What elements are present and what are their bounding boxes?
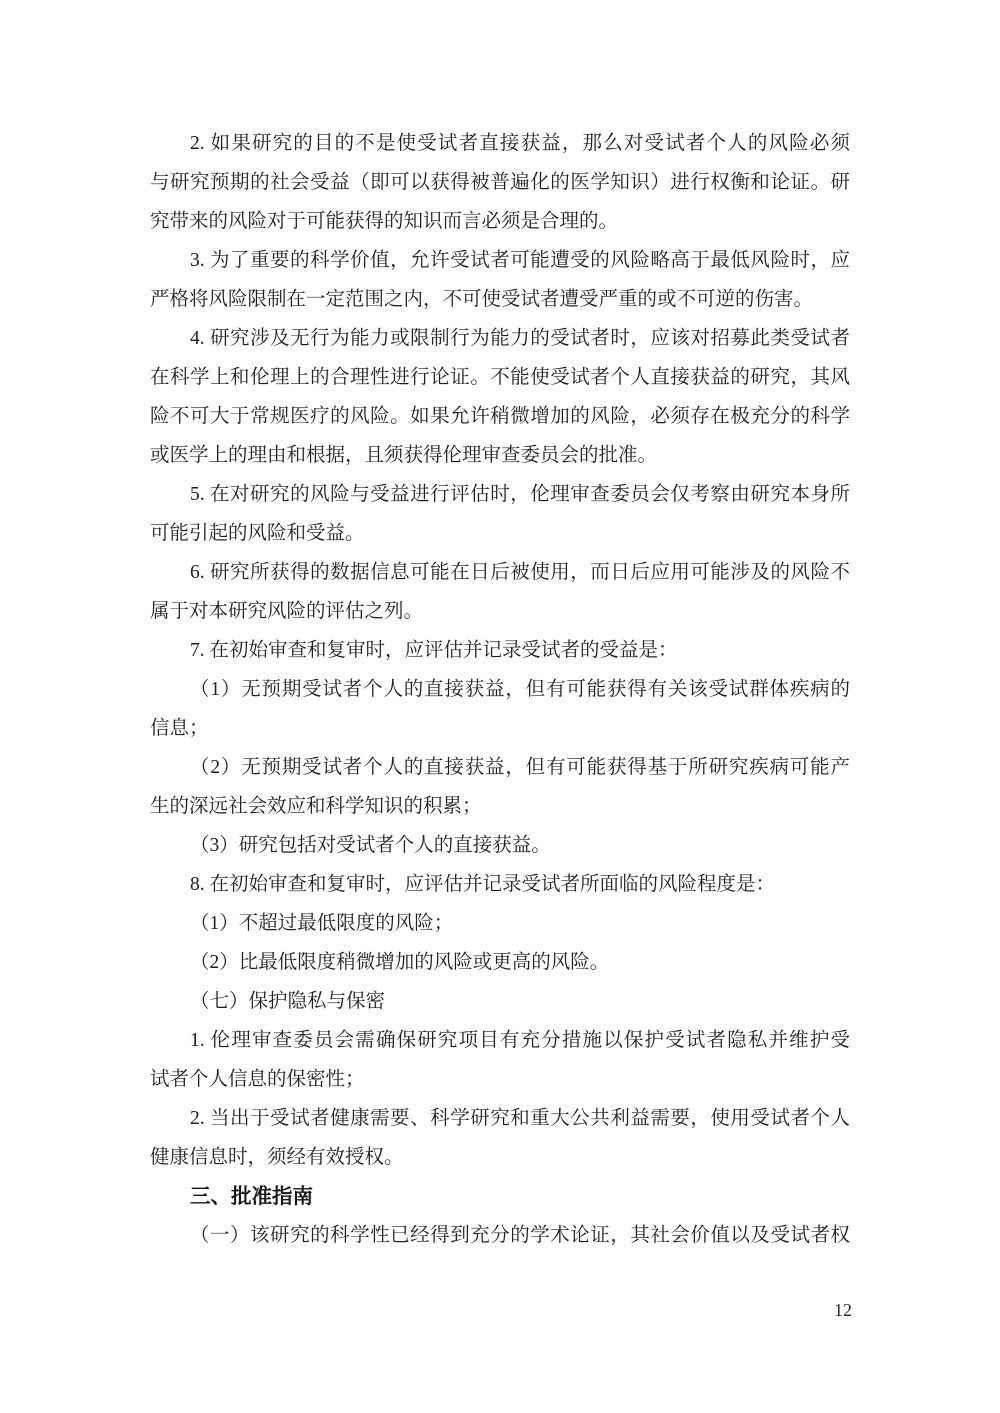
- document-page: 2. 如果研究的目的不是使受试者直接获益，那么对受试者个人的风险必须与研究预期的…: [0, 0, 1000, 1413]
- paragraph-benefit-3: （3）研究包括对受试者个人的直接获益。: [150, 826, 850, 865]
- text-line: 5. 在对研究的风险与受益进行评估时，伦理审查委员会仅考察由研究本身所: [150, 475, 850, 514]
- text-line: 6. 研究所获得的数据信息可能在日后被使用，而日后应用可能涉及的风险不: [150, 553, 850, 592]
- text-line: 2. 如果研究的目的不是使受试者直接获益，那么对受试者个人的风险必须: [150, 124, 850, 163]
- text-line: （1）不超过最低限度的风险；: [150, 904, 850, 943]
- text-line: 4. 研究涉及无行为能力或限制行为能力的受试者时，应该对招募此类受试者: [150, 319, 850, 358]
- text-line: 严格将风险限制在一定范围之内，不可使受试者遭受严重的或不可逆的伤害。: [150, 280, 850, 319]
- paragraph-benefit-2: （2）无预期受试者个人的直接获益，但有可能获得基于所研究疾病可能产生的深远社会效…: [150, 748, 850, 826]
- paragraph-risk-1: （1）不超过最低限度的风险；: [150, 904, 850, 943]
- text-line: 信息；: [150, 709, 850, 748]
- text-line: 三、批准指南: [150, 1177, 850, 1216]
- text-line: 试者个人信息的保密性；: [150, 1060, 850, 1099]
- text-line: 属于对本研究风险的评估之列。: [150, 592, 850, 631]
- paragraph-item-5: 5. 在对研究的风险与受益进行评估时，伦理审查委员会仅考察由研究本身所可能引起的…: [150, 475, 850, 553]
- text-line: 与研究预期的社会受益（即可以获得被普遍化的医学知识）进行权衡和论证。研: [150, 163, 850, 202]
- text-line: 8. 在初始审查和复审时，应评估并记录受试者所面临的风险程度是：: [150, 865, 850, 904]
- paragraph-benefit-1: （1）无预期受试者个人的直接获益，但有可能获得有关该受试群体疾病的信息；: [150, 670, 850, 748]
- heading-approval-guide: 三、批准指南: [150, 1177, 850, 1216]
- paragraph-item-8: 8. 在初始审查和复审时，应评估并记录受试者所面临的风险程度是：: [150, 865, 850, 904]
- text-line: （一）该研究的科学性已经得到充分的学术论证，其社会价值以及受试者权: [150, 1216, 850, 1255]
- paragraph-privacy-2: 2. 当出于受试者健康需要、科学研究和重大公共利益需要，使用受试者个人健康信息时…: [150, 1099, 850, 1177]
- text-line: 险不可大于常规医疗的风险。如果允许稍微增加的风险，必须存在极充分的科学: [150, 397, 850, 436]
- text-line: （2）比最低限度稍微增加的风险或更高的风险。: [150, 943, 850, 982]
- text-line: 生的深远社会效应和科学知识的积累；: [150, 787, 850, 826]
- text-line: （1）无预期受试者个人的直接获益，但有可能获得有关该受试群体疾病的: [150, 670, 850, 709]
- paragraph-item-4: 4. 研究涉及无行为能力或限制行为能力的受试者时，应该对招募此类受试者在科学上和…: [150, 319, 850, 475]
- text-line: 2. 当出于受试者健康需要、科学研究和重大公共利益需要，使用受试者个人: [150, 1099, 850, 1138]
- text-line: 可能引起的风险和受益。: [150, 514, 850, 553]
- text-line: （2）无预期受试者个人的直接获益，但有可能获得基于所研究疾病可能产: [150, 748, 850, 787]
- text-line: 1. 伦理审查委员会需确保研究项目有充分措施以保护受试者隐私并维护受: [150, 1021, 850, 1060]
- paragraph-item-6: 6. 研究所获得的数据信息可能在日后被使用，而日后应用可能涉及的风险不属于对本研…: [150, 553, 850, 631]
- paragraph-section-7-privacy: （七）保护隐私与保密: [150, 982, 850, 1021]
- text-line: 健康信息时，须经有效授权。: [150, 1138, 850, 1177]
- text-line: （七）保护隐私与保密: [150, 982, 850, 1021]
- page-body-text: 2. 如果研究的目的不是使受试者直接获益，那么对受试者个人的风险必须与研究预期的…: [150, 124, 850, 1255]
- text-line: 3. 为了重要的科学价值，允许受试者可能遭受的风险略高于最低风险时，应: [150, 241, 850, 280]
- paragraph-item-7: 7. 在初始审查和复审时，应评估并记录受试者的受益是：: [150, 631, 850, 670]
- text-line: 7. 在初始审查和复审时，应评估并记录受试者的受益是：: [150, 631, 850, 670]
- paragraph-item-3: 3. 为了重要的科学价值，允许受试者可能遭受的风险略高于最低风险时，应严格将风险…: [150, 241, 850, 319]
- text-line: （3）研究包括对受试者个人的直接获益。: [150, 826, 850, 865]
- paragraph-privacy-1: 1. 伦理审查委员会需确保研究项目有充分措施以保护受试者隐私并维护受试者个人信息…: [150, 1021, 850, 1099]
- paragraph-risk-2: （2）比最低限度稍微增加的风险或更高的风险。: [150, 943, 850, 982]
- paragraph-approval-1: （一）该研究的科学性已经得到充分的学术论证，其社会价值以及受试者权: [150, 1216, 850, 1255]
- text-line: 或医学上的理由和根据，且须获得伦理审查委员会的批准。: [150, 436, 850, 475]
- paragraph-item-2: 2. 如果研究的目的不是使受试者直接获益，那么对受试者个人的风险必须与研究预期的…: [150, 124, 850, 241]
- text-line: 究带来的风险对于可能获得的知识而言必须是合理的。: [150, 202, 850, 241]
- page-number: 12: [828, 1297, 858, 1323]
- text-line: 在科学上和伦理上的合理性进行论证。不能使受试者个人直接获益的研究，其风: [150, 358, 850, 397]
